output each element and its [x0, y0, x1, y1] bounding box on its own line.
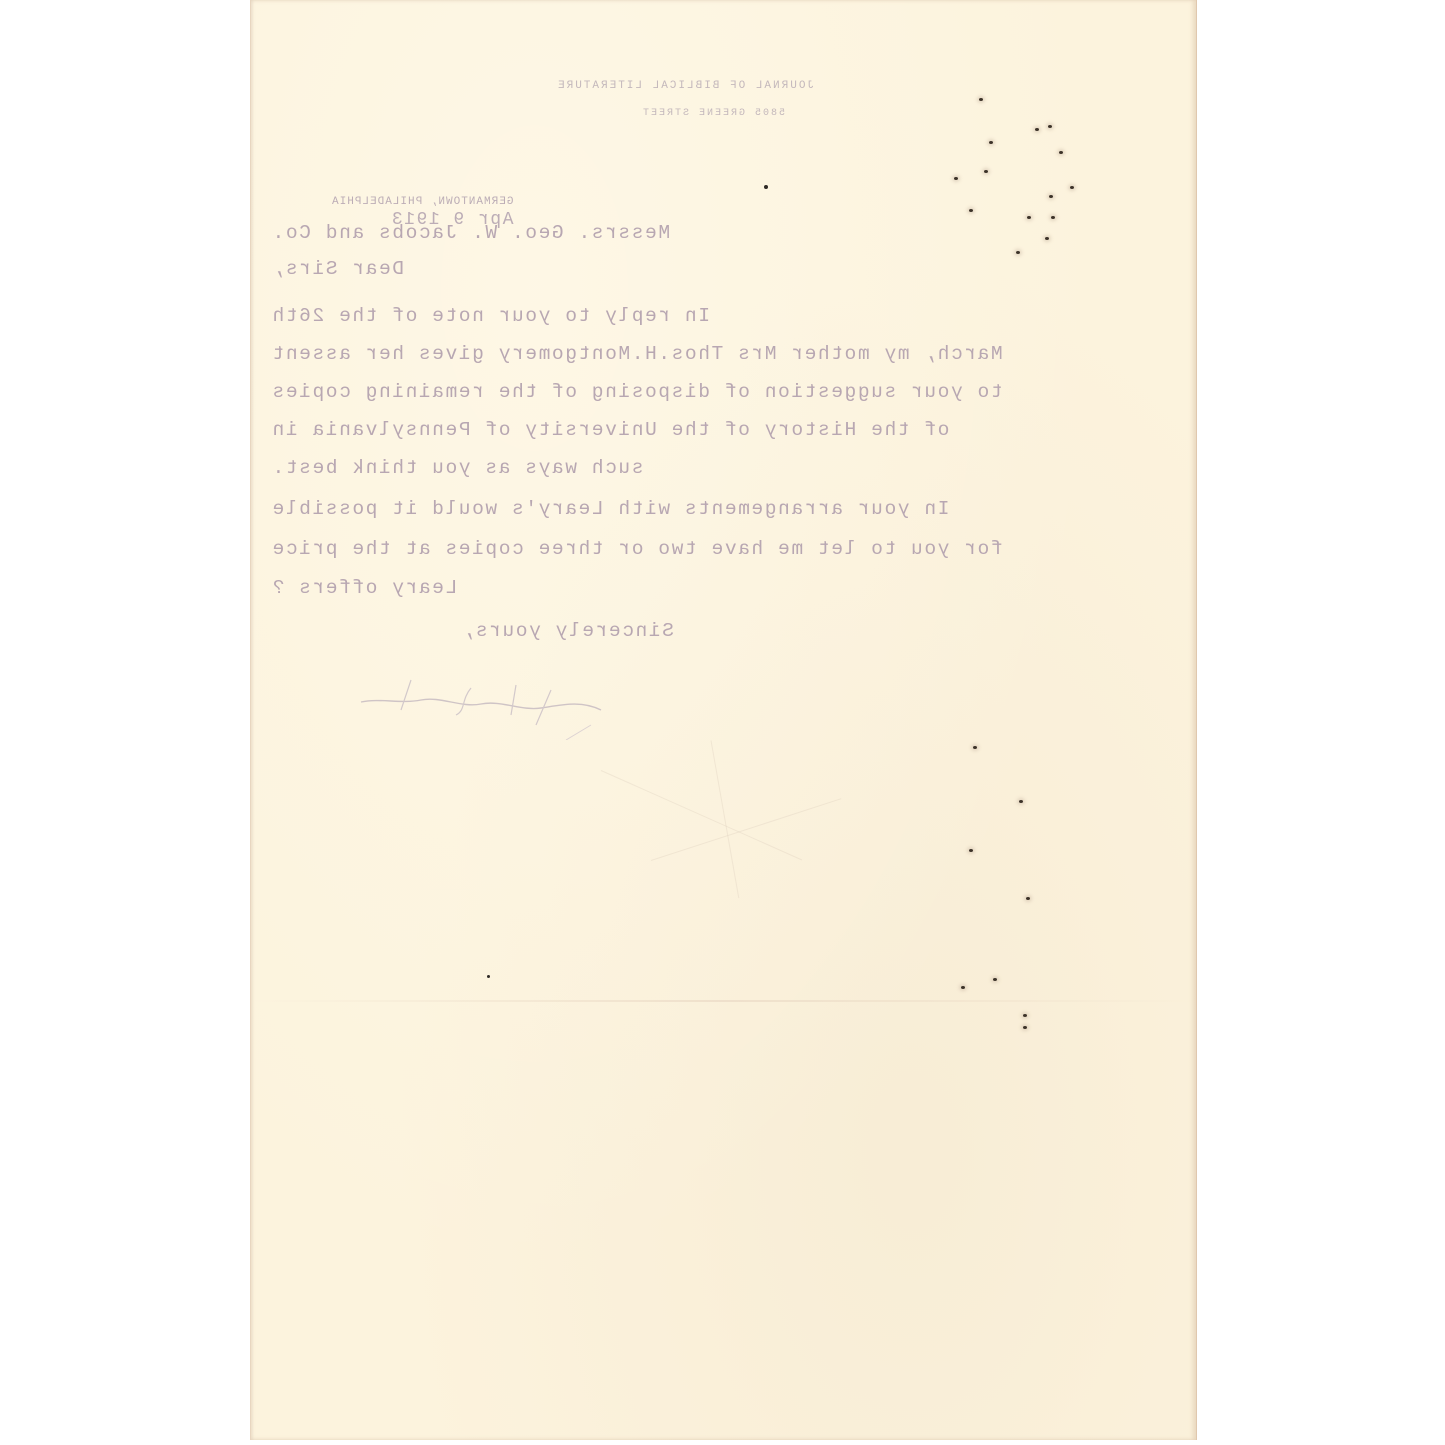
- letter-page: JOURNAL OF BIBLICAL LITERATURE 5805 GREE…: [250, 0, 1197, 1440]
- body-line: In reply to your note of the 26th: [271, 305, 710, 327]
- body-line: of the History of the University of Penn…: [271, 419, 949, 441]
- fold-crease: [251, 1000, 1196, 1002]
- paper-crease: [651, 798, 842, 861]
- pinhole-mark: [1016, 251, 1020, 254]
- pinhole-mark: [1048, 125, 1052, 128]
- paper-crease: [711, 740, 740, 898]
- body-line: for you to let me have two or three copi…: [271, 538, 1003, 560]
- ink-dot: [764, 185, 768, 189]
- body-line: March, my mother Mrs Thos.H.Montgomery g…: [271, 343, 1003, 365]
- pinhole-mark: [1059, 151, 1063, 154]
- addressee: Messrs. Geo. W. Jacobs and Co.: [271, 222, 670, 244]
- paper-crease: [601, 770, 802, 860]
- ink-dot: [487, 975, 490, 978]
- closing: Sincerely yours,: [461, 620, 674, 642]
- signature: [351, 670, 611, 740]
- pinhole-mark: [1023, 1014, 1027, 1017]
- pinhole-mark: [954, 177, 958, 180]
- dateline-place: GERMANTOWN, PHILADELPHIA: [331, 196, 513, 208]
- pinhole-mark: [993, 978, 997, 981]
- pinhole-mark: [961, 986, 965, 989]
- pinhole-mark: [1027, 216, 1031, 219]
- pinhole-mark: [973, 746, 977, 749]
- letterhead-title: JOURNAL OF BIBLICAL LITERATURE: [556, 80, 814, 92]
- pinhole-mark: [969, 209, 973, 212]
- pinhole-mark: [1019, 800, 1023, 803]
- salutation: Dear Sirs,: [271, 258, 404, 280]
- body-line: to your suggestion of disposing of the r…: [271, 381, 1003, 403]
- pinhole-mark: [979, 98, 983, 101]
- body-line: such ways as you think best.: [271, 457, 643, 479]
- pinhole-mark: [989, 141, 993, 144]
- pinhole-mark: [1070, 186, 1074, 189]
- pinhole-mark: [1051, 216, 1055, 219]
- pinhole-mark: [1035, 128, 1039, 131]
- body-line: In your arrangements with Leary's would …: [271, 498, 949, 520]
- pinhole-mark: [969, 849, 973, 852]
- letterhead-street: 5805 GREENE STREET: [641, 108, 785, 119]
- pinhole-mark: [1023, 1026, 1027, 1029]
- pinhole-mark: [1026, 897, 1030, 900]
- pinhole-mark: [984, 170, 988, 173]
- body-line: Leary offers ?: [271, 577, 457, 599]
- pinhole-mark: [1049, 195, 1053, 198]
- pinhole-mark: [1045, 237, 1049, 240]
